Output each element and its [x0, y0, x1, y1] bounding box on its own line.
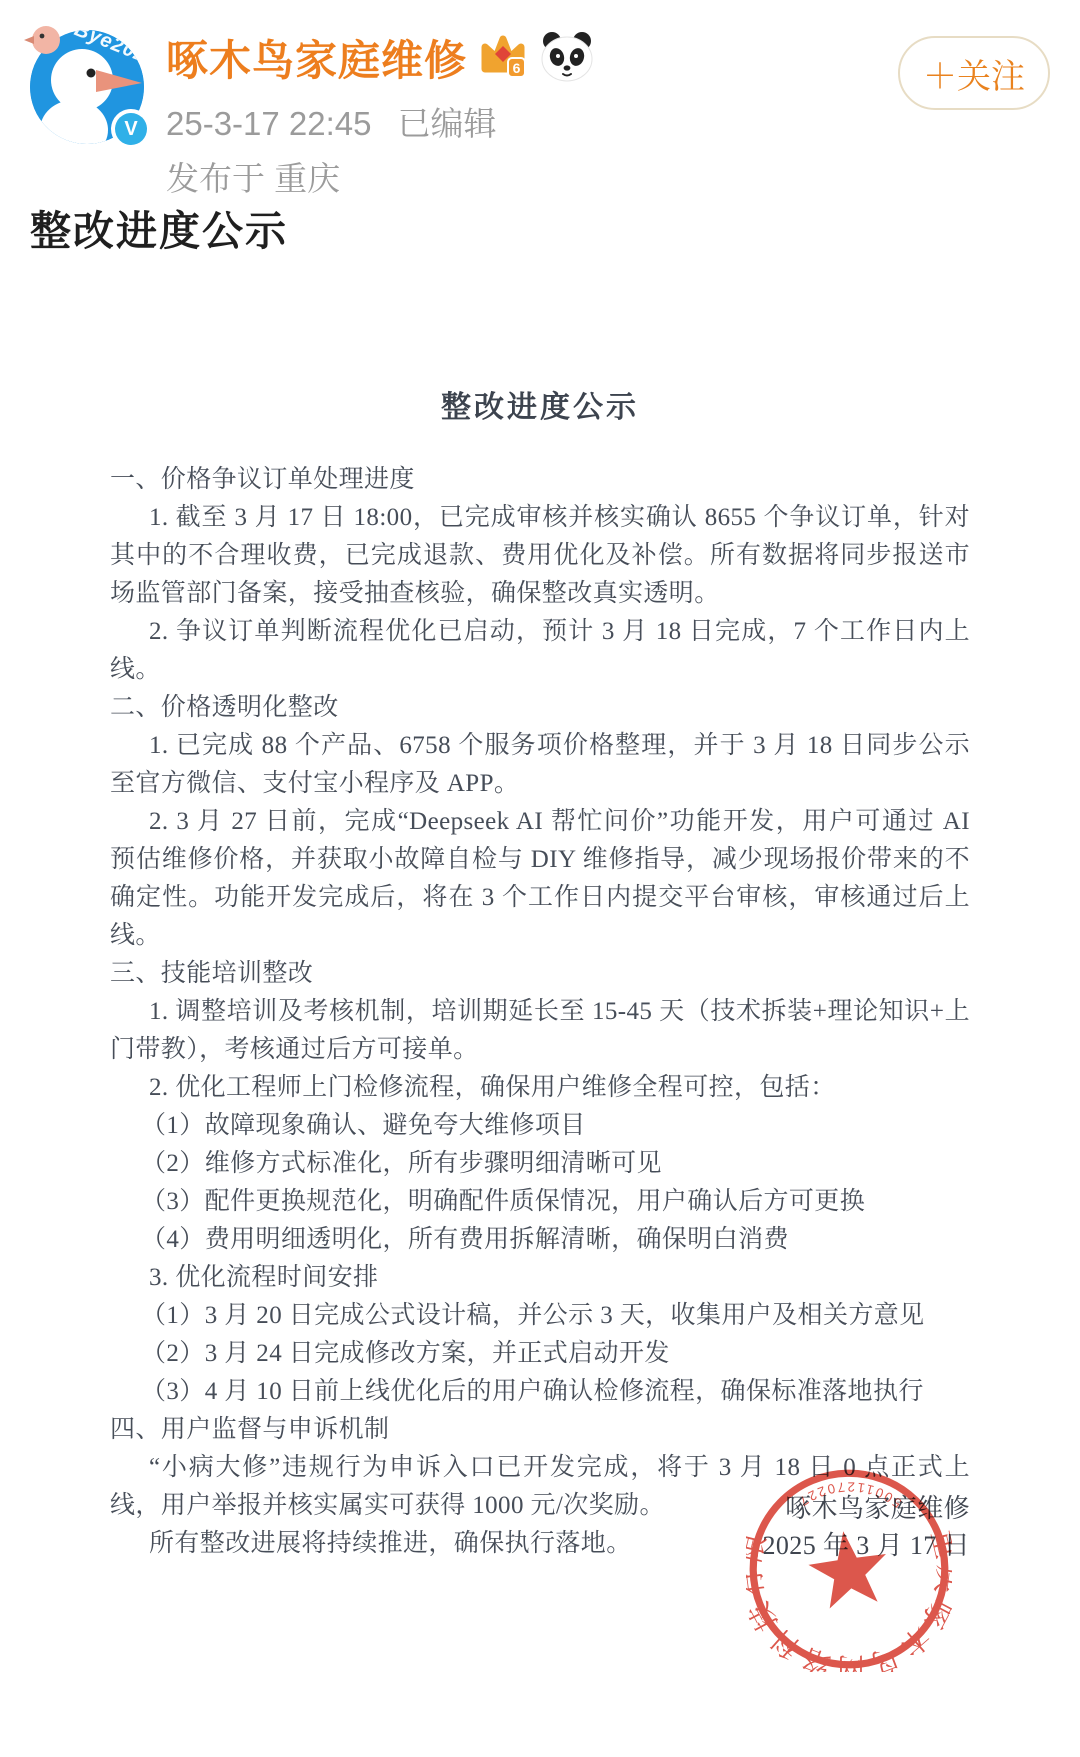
- post-location: 发布于 重庆: [166, 153, 1050, 200]
- doc-paragraph: （2）3 月 24 日完成修改方案，并正式启动开发: [110, 1335, 970, 1373]
- doc-paragraph: 三、技能培训整改: [110, 955, 970, 993]
- doc-paragraph: （1）3 月 20 日完成公式设计稿，并公示 3 天，收集用户及相关方意见: [110, 1297, 970, 1335]
- doc-paragraph: 四、用户监督与申诉机制: [110, 1411, 970, 1449]
- weibo-post-page: Bye2020 V 啄木鸟家庭维修: [0, 0, 1080, 1757]
- panda-icon: [539, 30, 595, 87]
- doc-paragraph: （4）费用明细透明化，所有费用拆解清晰，确保明白消费: [110, 1221, 970, 1259]
- verified-badge-icon: V: [111, 109, 151, 149]
- doc-paragraph: 1. 调整培训及考核机制，培训期延长至 15-45 天（技术拆装+理论知识+上门…: [110, 993, 970, 1069]
- doc-paragraph: 1. 截至 3 月 17 日 18:00，已完成审核并核实确认 8655 个争议…: [110, 499, 970, 613]
- svg-text:6: 6: [513, 60, 521, 76]
- doc-body: 一、价格争议订单处理进度1. 截至 3 月 17 日 18:00，已完成审核并核…: [110, 461, 970, 1563]
- post-title: 整改进度公示: [30, 198, 288, 257]
- pink-bird-icon: [24, 22, 64, 61]
- avatar[interactable]: Bye2020 V: [30, 30, 148, 148]
- doc-paragraph: （1）故障现象确认、避免夸大维修项目: [110, 1107, 970, 1145]
- doc-paragraph: 一、价格争议订单处理进度: [110, 461, 970, 499]
- timestamp: 25-3-17 22:45: [166, 105, 372, 142]
- follow-button[interactable]: ＋关注: [898, 36, 1050, 110]
- doc-paragraph: 2. 优化工程师上门检修流程，确保用户维修全程可控，包括：: [110, 1069, 970, 1107]
- post-header: Bye2020 V 啄木鸟家庭维修: [30, 28, 1050, 188]
- doc-paragraph: （2）维修方式标准化，所有步骤明细清晰可见: [110, 1145, 970, 1183]
- doc-paragraph: 2. 争议订单判断流程优化已启动，预计 3 月 18 日完成，7 个工作日内上线…: [110, 613, 970, 689]
- doc-paragraph: （3）配件更换规范化，明确配件质保情况，用户确认后方可更换: [110, 1183, 970, 1221]
- official-red-seal: 重庆啄木鸟网络科技有限公司 5001127022768: [746, 1466, 952, 1672]
- edited-label: 已编辑: [398, 105, 497, 142]
- vip-crown-badge-icon: 6: [477, 31, 529, 86]
- seal-star-icon: [805, 1526, 893, 1611]
- document-image[interactable]: 整改进度公示 一、价格争议订单处理进度1. 截至 3 月 17 日 18:00，…: [110, 388, 970, 1563]
- doc-paragraph: 1. 已完成 88 个产品、6758 个服务项价格整理，并于 3 月 18 日同…: [110, 727, 970, 803]
- username[interactable]: 啄木鸟家庭维修: [166, 28, 467, 88]
- document-title: 整改进度公示: [110, 388, 970, 428]
- doc-paragraph: （3）4 月 10 日前上线优化后的用户确认检修流程，确保标准落地执行: [110, 1373, 970, 1411]
- doc-paragraph: 3. 优化流程时间安排: [110, 1259, 970, 1297]
- doc-paragraph: 二、价格透明化整改: [110, 689, 970, 727]
- doc-paragraph: 2. 3 月 27 日前，完成“Deepseek AI 帮忙问价”功能开发，用户…: [110, 803, 970, 955]
